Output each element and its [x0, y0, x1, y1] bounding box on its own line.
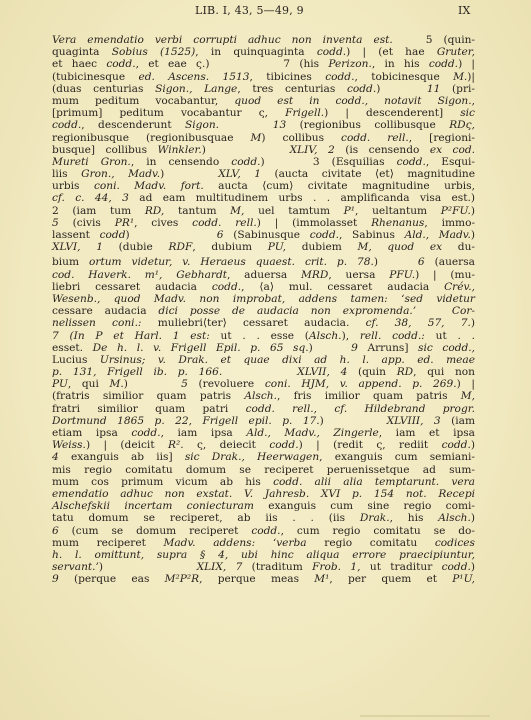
italic-run: De h. l. v. Frigell Epil. p. 65 sq.: [93, 342, 309, 354]
italic-run: rell. codd.:: [360, 330, 425, 342]
roman-run: , ueltantum: [355, 205, 441, 217]
text-line: mum reciperet Madv. addens: ‘verba regio…: [52, 537, 475, 549]
roman-run: )|: [467, 71, 475, 83]
roman-run: , his: [390, 512, 439, 524]
text-line: (tubicinesque ed. Ascens. 1513, tibicine…: [52, 71, 475, 83]
roman-run: liis: [52, 168, 81, 180]
roman-run: 2 (iam tum: [52, 205, 145, 217]
roman-run: (tubicinesque: [52, 71, 138, 83]
roman-run: , perque meas: [199, 573, 314, 585]
roman-run: , tres centurias: [237, 83, 347, 95]
italic-run: ex cod.: [430, 144, 475, 156]
roman-run: lassent: [52, 229, 100, 241]
italic-run: Alsch.: [309, 330, 342, 342]
running-head: LIB. I, 43, 5—49, 9: [195, 4, 304, 17]
italic-run: 6: [52, 525, 59, 537]
italic-run: codd.: [52, 119, 81, 131]
roman-run: (traditum: [242, 561, 312, 573]
roman-run: [222, 366, 297, 378]
text-line: 2 (iam tum RD, tantum M, uel tamtum P¹, …: [52, 205, 475, 217]
italic-run: M,: [461, 390, 475, 402]
italic-run: dici posse de audacia non expromenda.’: [158, 305, 416, 317]
roman-run: Lucius: [52, 354, 100, 366]
roman-run: (cum se domum reciperet: [59, 525, 252, 537]
italic-run: XLV, 1: [218, 168, 261, 180]
italic-run: Madv. addens: ‘verba: [164, 537, 307, 549]
italic-run: XLVIII, 3: [387, 415, 441, 427]
italic-run: PU: [52, 378, 68, 390]
roman-run: ) | descenderent]: [324, 107, 460, 119]
critical-apparatus-text: Vera emendatio verbi corrupti adhuc non …: [52, 34, 475, 585]
italic-run: XLVII, 4: [297, 366, 347, 378]
roman-run: , immo-: [424, 217, 475, 229]
text-line: Lucius Ursinus; v. Drak. et quae dixi ad…: [52, 354, 475, 366]
roman-run: ): [376, 83, 427, 95]
italic-run: Vera emendatio verbi corrupti adhuc non …: [52, 34, 393, 46]
roman-run: (quin: [347, 366, 396, 378]
text-line: fratri similior quam patri codd. rell., …: [52, 403, 475, 415]
text-line: etiam ipsa codd., iam ipsa Ald., Madv., …: [52, 427, 475, 439]
roman-run: (regionibus collibusque: [286, 119, 449, 131]
roman-run: [219, 119, 273, 131]
italic-run: XLVI, 1: [52, 241, 103, 253]
italic-run: codd.: [212, 281, 241, 293]
italic-run: Alschefskii incertam coniecturam: [52, 500, 254, 512]
roman-run: ),: [342, 330, 360, 342]
italic-run: coni. Madv. fort.: [94, 180, 204, 192]
text-line: mis regio comitatu domum se reciperet pe…: [52, 464, 475, 476]
roman-run: , qui: [68, 378, 110, 390]
italic-run: 11: [427, 83, 440, 95]
italic-run: Dortmund 1865 p. 22, Frigell epil. p. 17…: [52, 415, 320, 427]
roman-run: , [regioni-: [409, 132, 475, 144]
text-line: p. 131, Frigell ib. p. 166. XLVII, 4 (qu…: [52, 366, 475, 378]
roman-run: ς, deiecit: [184, 439, 270, 451]
roman-run: (perque eas: [59, 573, 165, 585]
text-line: tatu domum se reciperet, ab iis . . (iis…: [52, 512, 475, 524]
italic-run: Wesenb., quod Madv. non improbat, addens…: [52, 293, 475, 305]
italic-run: PR¹: [115, 217, 134, 229]
italic-run: codd.: [251, 525, 280, 537]
text-line: [primum] peditum vocabantur ς, Frigell.)…: [52, 107, 475, 119]
italic-run: 5: [52, 217, 59, 229]
italic-run: M, quod ex: [358, 241, 443, 253]
roman-run: ,: [472, 95, 475, 107]
roman-run: ): [320, 415, 387, 427]
italic-run: M²P²R: [165, 573, 199, 585]
roman-run: , fris imilior quam patris: [277, 390, 461, 402]
roman-run: (pri-: [440, 83, 475, 95]
roman-run: ): [202, 144, 290, 156]
italic-run: M.: [110, 378, 124, 390]
italic-run: codd.: [442, 439, 471, 451]
roman-run: , iam ipsa: [161, 427, 247, 439]
italic-run: codd.: [310, 229, 339, 241]
italic-run: Ursinus; v. Drak. et quae dixi ad h. l. …: [100, 354, 475, 366]
text-line: quaginta Sobius (1525), in quinquaginta …: [52, 46, 475, 58]
roman-run: , cum regio comitatu se do-: [281, 525, 475, 537]
italic-run: M.: [453, 71, 467, 83]
italic-run: Ald., Madv., Zingerle: [246, 427, 378, 439]
italic-run: Gruter,: [437, 46, 475, 58]
italic-run: P²FU.: [441, 205, 471, 217]
roman-run: ) | (deicit: [86, 439, 168, 451]
roman-run: aucta ⟨cum⟩ civitate magnitudine urbis,: [204, 180, 475, 192]
roman-run: , aduersa: [227, 269, 301, 281]
roman-run: et haec: [52, 58, 106, 70]
roman-run: quaginta: [52, 46, 112, 58]
roman-run: , qui non: [413, 366, 475, 378]
roman-run: (revoluere: [188, 378, 265, 390]
italic-run: RD,: [145, 205, 164, 217]
text-line: Mureti Gron., in censendo codd.) 3 (Esqu…: [52, 156, 475, 168]
roman-run: muliebri⟨ter⟩ cessaret audacia.: [142, 317, 366, 329]
italic-run: codd.: [429, 58, 458, 70]
italic-run: ed. Ascens. 1513: [138, 71, 249, 83]
roman-run: , cives: [134, 217, 192, 229]
italic-run: cf. c. 44, 3: [52, 192, 129, 204]
roman-run: ): [471, 205, 475, 217]
page-number: IX: [458, 4, 471, 17]
italic-run: RDς,: [449, 119, 475, 131]
italic-run: Crév.,: [444, 281, 475, 293]
italic-run: 6: [418, 256, 425, 268]
roman-run: , in quinquaginta: [195, 46, 317, 58]
roman-run: ): [374, 256, 418, 268]
roman-run: ) | (et hae: [346, 46, 437, 58]
text-line: 9 (perque eas M²P²R, perque meas M¹, per…: [52, 573, 475, 585]
roman-run: ): [126, 229, 217, 241]
italic-run: PU,: [268, 241, 286, 253]
italic-run: h. l. omittunt, supra § 4, ubi hinc aliq…: [52, 549, 475, 561]
text-line: et haec codd., et eae ς.) 7 (his Perizon…: [52, 58, 475, 70]
italic-run: codd.: [442, 561, 471, 573]
text-line: Vera emendatio verbi corrupti adhuc non …: [52, 34, 475, 46]
roman-run: (is censendo: [335, 144, 430, 156]
italic-run: Drak.: [360, 512, 390, 524]
italic-run: Ald., Madv.: [405, 229, 471, 241]
roman-run: Arruns]: [358, 342, 418, 354]
roman-run: , in his: [372, 58, 429, 70]
italic-run: sic Drak., Heerwagen: [185, 451, 319, 463]
text-line: 6 (cum se domum reciperet codd., cum reg…: [52, 525, 475, 537]
italic-run: MRD: [301, 269, 328, 281]
italic-run: Cor-: [452, 305, 475, 317]
text-line: busque] collibus Winkler.) XLIV, 2 (is c…: [52, 144, 475, 156]
italic-run: 7 (In P et Harl. 1 est:: [52, 330, 210, 342]
italic-run: codd. rell.: [192, 217, 257, 229]
roman-run: (dubie: [103, 241, 169, 253]
roman-run: , ⟨a⟩ mul. cessaret audacia: [241, 281, 444, 293]
italic-run: Perizon.: [328, 58, 372, 70]
text-line: h. l. omittunt, supra § 4, ubi hinc aliq…: [52, 549, 475, 561]
roman-run: ): [471, 561, 475, 573]
italic-run: Sobius (1525): [112, 46, 196, 58]
italic-run: servant.’: [52, 561, 99, 573]
roman-run: cessare audacia: [52, 305, 158, 317]
roman-run: esset.: [52, 342, 93, 354]
italic-run: PFU.: [389, 269, 415, 281]
roman-run: [primum] peditum vocabantur ς,: [52, 107, 285, 119]
roman-run: fratri similior quam patri: [52, 403, 246, 415]
italic-run: Frob. 1,: [312, 561, 360, 573]
roman-run: ut . . esse (: [210, 330, 309, 342]
italic-run: Sigon.: [185, 119, 219, 131]
italic-run: Weiss.: [52, 439, 86, 451]
italic-run: nelissen coni.:: [52, 317, 142, 329]
roman-run: [416, 305, 452, 317]
italic-run: M: [251, 132, 262, 144]
roman-run: regionibusque (regionibusquae: [52, 132, 251, 144]
roman-run: dubiem: [286, 241, 357, 253]
italic-run: 6: [217, 229, 224, 241]
roman-run: (fratris similior quam patris: [52, 390, 244, 402]
roman-run: ut . .: [425, 330, 475, 342]
text-line: bium ortum videtur, v. Heraeus quaest. c…: [52, 256, 475, 268]
italic-run: Winkler.: [158, 144, 202, 156]
roman-run: ): [160, 168, 218, 180]
italic-run: quod est in codd., notavit Sigon.: [234, 95, 471, 107]
roman-run: ) | (mu-: [415, 269, 475, 281]
roman-run: ): [99, 561, 197, 573]
italic-run: codices: [435, 537, 475, 549]
roman-run: (iam: [441, 415, 475, 427]
roman-run: 5 (quin-: [393, 34, 475, 46]
text-line: lassent codd) 6 (Sabinusque codd., Sabin…: [52, 229, 475, 241]
italic-run: Sigon., Lange: [155, 83, 237, 95]
roman-run: ): [471, 229, 475, 241]
roman-run: , iam et ipsa: [379, 427, 475, 439]
roman-run: ): [124, 378, 181, 390]
italic-run: codd. alii alia temptarunt. vera: [273, 476, 475, 488]
italic-run: XLIV, 2: [290, 144, 335, 156]
italic-run: codd.: [397, 156, 426, 168]
paper-edge-mark: [360, 715, 490, 717]
roman-run: , tibicines: [249, 71, 325, 83]
roman-run: ): [309, 342, 351, 354]
italic-run: RDF: [169, 241, 193, 253]
text-line: cf. c. 44, 3 ad eam multitudinem urbs . …: [52, 192, 475, 204]
text-line: liis Gron., Madv.) XLV, 1 (aucta civitat…: [52, 168, 475, 180]
italic-run: coni. HJM, v. append. p. 269.: [265, 378, 457, 390]
roman-run: regio comitatu: [307, 537, 435, 549]
roman-run: , in censendo: [131, 156, 231, 168]
text-line: Wesenb., quod Madv. non improbat, addens…: [52, 293, 475, 305]
italic-run: codd.: [131, 427, 160, 439]
roman-run: mum peditum vocabantur,: [52, 95, 234, 107]
roman-run: exanguis cum sine regio comi-: [254, 500, 475, 512]
italic-run: codd.: [317, 46, 346, 58]
roman-run: tatu domum se reciperet, ab iis . . (iis: [52, 512, 360, 524]
italic-run: 4: [52, 451, 59, 463]
roman-run: (Sabinusque: [224, 229, 310, 241]
roman-run: (auersa: [425, 256, 475, 268]
text-line: regionibusque (regionibusquae M) collibu…: [52, 132, 475, 144]
roman-run: liebri cessaret audacia: [52, 281, 212, 293]
italic-run: cf. 38, 57, 7.: [366, 317, 471, 329]
roman-run: bium: [52, 256, 89, 268]
italic-run: 13: [273, 119, 286, 131]
roman-run: ) | (redit ς, rediit: [299, 439, 442, 451]
italic-run: cod. Haverk. m¹, Gebhardt: [52, 269, 227, 281]
italic-run: sic: [460, 107, 475, 119]
roman-run: ) |: [458, 58, 475, 70]
roman-run: , et eae ς.) 7 (his: [136, 58, 329, 70]
italic-run: P¹: [344, 205, 355, 217]
italic-run: 9: [351, 342, 358, 354]
text-line: esset. De h. l. v. Frigell Epil. p. 65 s…: [52, 342, 475, 354]
italic-run: R².: [168, 439, 184, 451]
roman-run: , exanguis cum semiani-: [319, 451, 475, 463]
italic-run: codd.: [325, 71, 354, 83]
italic-run: Alsch.: [244, 390, 277, 402]
roman-run: du-: [442, 241, 475, 253]
text-line: cod. Haverk. m¹, Gebhardt, aduersa MRD, …: [52, 269, 475, 281]
italic-run: emendatio adhuc non exstat. V. Jahresb. …: [52, 488, 475, 500]
text-line: 4 exanguis ab iis] sic Drak., Heerwagen,…: [52, 451, 475, 463]
roman-run: etiam ipsa: [52, 427, 131, 439]
roman-run: ut traditur: [361, 561, 442, 573]
italic-run: sic codd.,: [418, 342, 475, 354]
roman-run: mum cos primum vicum ab his: [52, 476, 273, 488]
roman-run: , Esqui-: [426, 156, 475, 168]
text-line: emendatio adhuc non exstat. V. Jahresb. …: [52, 488, 475, 500]
page-header: LIB. I, 43, 5—49, 9 IX: [0, 4, 531, 20]
text-line: Dortmund 1865 p. 22, Frigell epil. p. 17…: [52, 415, 475, 427]
italic-run: M,: [230, 205, 244, 217]
italic-run: codd.: [269, 439, 298, 451]
roman-run: ) | (immolasset: [257, 217, 371, 229]
italic-run: Mureti Gron.: [52, 156, 131, 168]
italic-run: Gron., Madv.: [81, 168, 160, 180]
roman-run: ) |: [457, 378, 475, 390]
text-line: XLVI, 1 (dubie RDF, dubium PU, dubiem M,…: [52, 241, 475, 253]
roman-run: (duas centurias: [52, 83, 155, 95]
italic-run: 5: [181, 378, 188, 390]
italic-run: codd.: [347, 83, 376, 95]
roman-run: ): [471, 439, 475, 451]
roman-run: ) collibus: [261, 132, 341, 144]
roman-run: exanguis ab iis]: [59, 451, 185, 463]
text-line: (duas centurias Sigon., Lange, tres cent…: [52, 83, 475, 95]
text-line: 7 (In P et Harl. 1 est: ut . . esse (Als…: [52, 330, 475, 342]
roman-run: uel tamtum: [244, 205, 343, 217]
italic-run: Frigell.: [285, 107, 324, 119]
italic-run: Alsch.: [438, 512, 471, 524]
italic-run: RD: [397, 366, 413, 378]
text-line: mum cos primum vicum ab his codd. alii a…: [52, 476, 475, 488]
italic-run: M¹: [314, 573, 329, 585]
italic-run: P¹U,: [452, 573, 475, 585]
roman-run: tantum: [164, 205, 230, 217]
roman-run: urbis: [52, 180, 94, 192]
text-line: urbis coni. Madv. fort. aucta ⟨cum⟩ civi…: [52, 180, 475, 192]
roman-run: mis regio comitatu domum se reciperet pe…: [52, 464, 475, 476]
roman-run: mum reciperet: [52, 537, 164, 549]
roman-run: , descenderunt: [81, 119, 185, 131]
italic-run: codd.: [231, 156, 260, 168]
roman-run: , dubium: [192, 241, 267, 253]
italic-run: codd. rell., cf. Hildebrand progr.: [246, 403, 475, 415]
text-line: mum peditum vocabantur, quod est in codd…: [52, 95, 475, 107]
italic-run: XLIX, 7: [197, 561, 243, 573]
roman-run: ad eam multitudinem urbs . . amplificand…: [129, 192, 475, 204]
text-line: PU, qui M.) 5 (revoluere coni. HJM, v. a…: [52, 378, 475, 390]
roman-run: (civis: [59, 217, 115, 229]
roman-run: , uersa: [328, 269, 389, 281]
italic-run: codd: [100, 229, 126, 241]
text-line: codd., descenderunt Sigon. 13 (regionibu…: [52, 119, 475, 131]
text-line: liebri cessaret audacia codd., ⟨a⟩ mul. …: [52, 281, 475, 293]
roman-run: (aucta civitate ⟨et⟩ magnitudine: [261, 168, 475, 180]
roman-run: ) 3 (Esquilias: [261, 156, 397, 168]
roman-run: ): [471, 512, 475, 524]
text-line: (fratris similior quam patris Alsch., fr…: [52, 390, 475, 402]
text-line: servant.’) XLIX, 7 (traditum Frob. 1, ut…: [52, 561, 475, 573]
italic-run: ortum videtur, v. Heraeus quaest. crit. …: [89, 256, 374, 268]
italic-run: 9: [52, 573, 59, 585]
text-line: Weiss.) | (deicit R². ς, deiecit codd.) …: [52, 439, 475, 451]
italic-run: Rhenanus: [371, 217, 424, 229]
text-line: 5 (civis PR¹, cives codd. rell.) | (immo…: [52, 217, 475, 229]
roman-run: , tobicinesque: [354, 71, 453, 83]
roman-run: , Sabinus: [339, 229, 405, 241]
text-line: nelissen coni.: muliebri⟨ter⟩ cessaret a…: [52, 317, 475, 329]
italic-run: codd. rell.: [341, 132, 409, 144]
text-line: cessare audacia dici posse de audacia no…: [52, 305, 475, 317]
roman-run: ): [471, 317, 475, 329]
italic-run: p. 131, Frigell ib. p. 166.: [52, 366, 222, 378]
italic-run: codd.: [106, 58, 135, 70]
roman-run: , per quem et: [329, 573, 452, 585]
text-line: Alschefskii incertam coniecturam exangui…: [52, 500, 475, 512]
roman-run: busque] collibus: [52, 144, 158, 156]
